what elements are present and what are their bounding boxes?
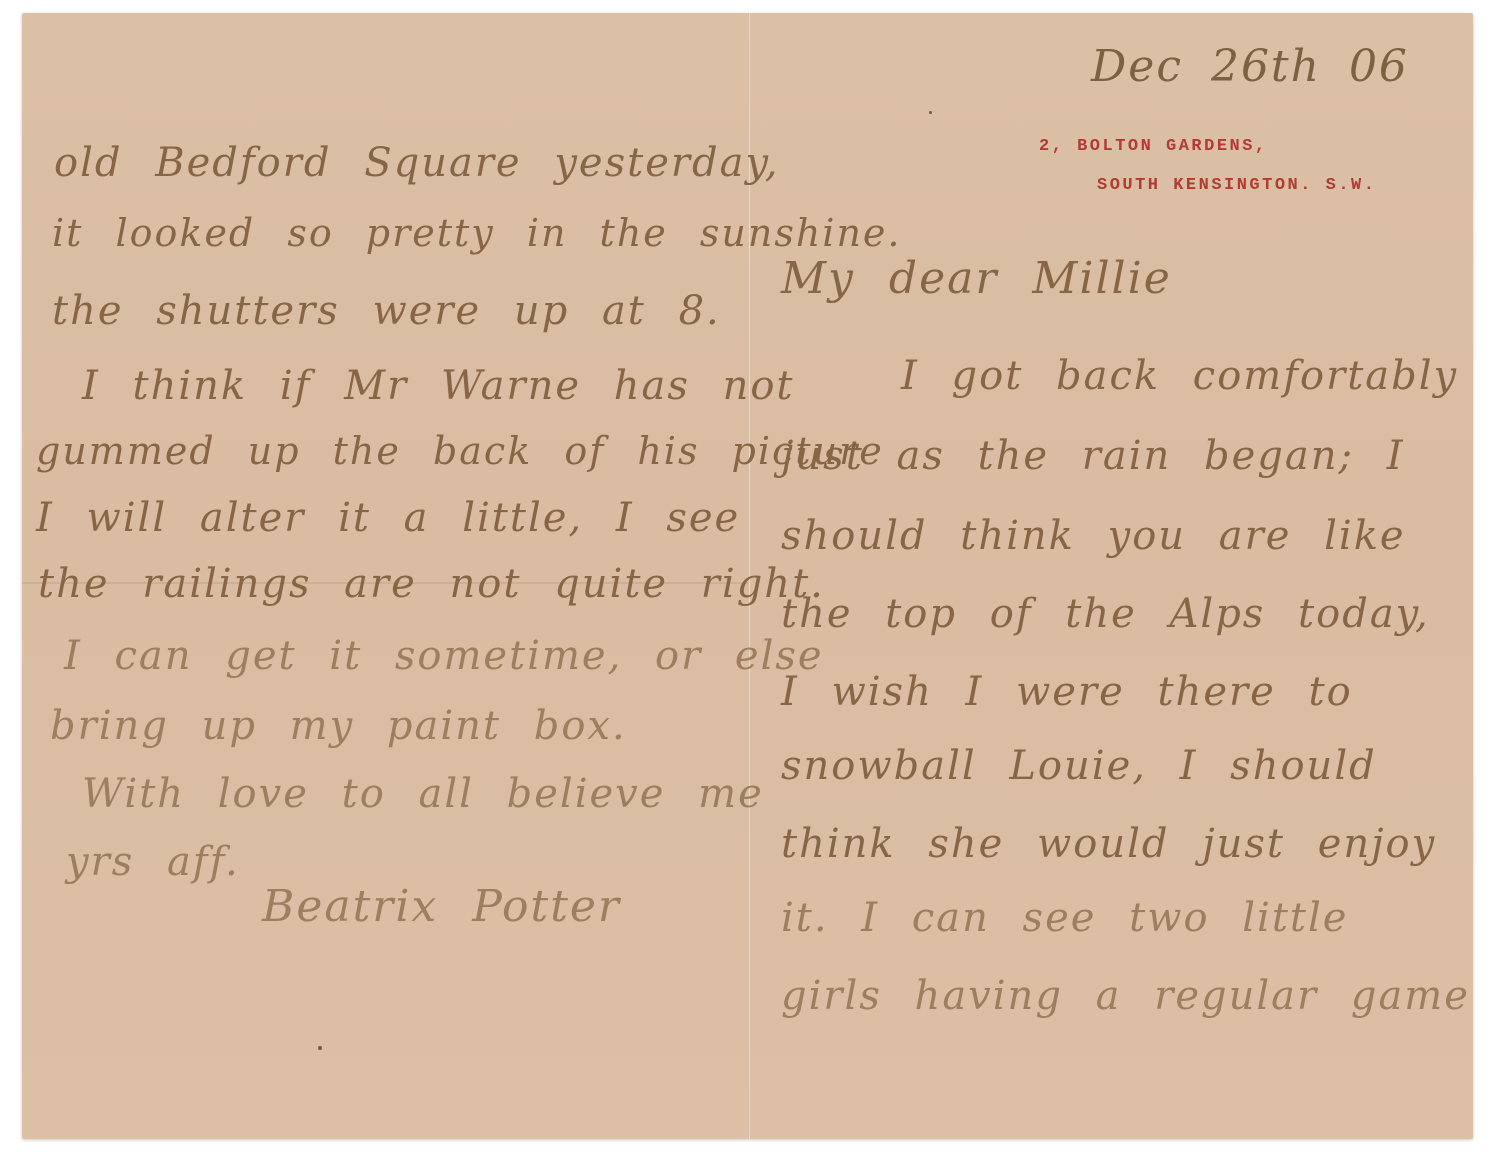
letter-line: think she would just enjoy <box>781 821 1436 867</box>
letter-date: Dec 26th 06 <box>1091 41 1409 92</box>
letter-line: snowball Louie, I should <box>781 743 1377 789</box>
letter-line: the shutters were up at 8. <box>52 288 721 334</box>
salutation: My dear Millie <box>781 253 1172 304</box>
ink-speck <box>929 111 932 114</box>
signature: Beatrix Potter <box>262 881 621 932</box>
left-page: old Bedford Square yesterday, it looked … <box>22 13 748 1139</box>
letter-line: it. I can see two little <box>781 895 1348 941</box>
letter-line: just as the rain began; I <box>781 433 1405 479</box>
letter-line: bring up my paint box. <box>50 703 627 749</box>
letterhead-address-line-1: 2, BOLTON GARDENS, <box>1039 137 1268 156</box>
letter-line: the railings are not quite right. <box>38 561 825 607</box>
letter-line: old Bedford Square yesterday, <box>54 140 779 186</box>
letter-line: With love to all believe me <box>82 771 764 817</box>
letter-line: yrs aff. <box>66 839 240 885</box>
right-page: Dec 26th 06 2, BOLTON GARDENS, SOUTH KEN… <box>751 13 1473 1139</box>
letter-line: I can get it sometime, or else <box>64 633 824 679</box>
letterhead-address-line-2: SOUTH KENSINGTON. S.W. <box>1097 176 1376 195</box>
letter-line: the top of the Alps today, <box>781 591 1430 637</box>
letter-line: girls having a regular game <box>781 973 1470 1019</box>
ink-speck <box>318 1046 322 1050</box>
letter-line: I will alter it a little, I see <box>36 495 740 541</box>
letter-line: I think if Mr Warne has not <box>82 363 795 409</box>
letter-line: I got back comfortably <box>901 353 1458 399</box>
letter-line: I wish I were there to <box>781 669 1353 715</box>
letter-line: should think you are like <box>781 513 1406 559</box>
letter-sheet: old Bedford Square yesterday, it looked … <box>22 13 1473 1139</box>
